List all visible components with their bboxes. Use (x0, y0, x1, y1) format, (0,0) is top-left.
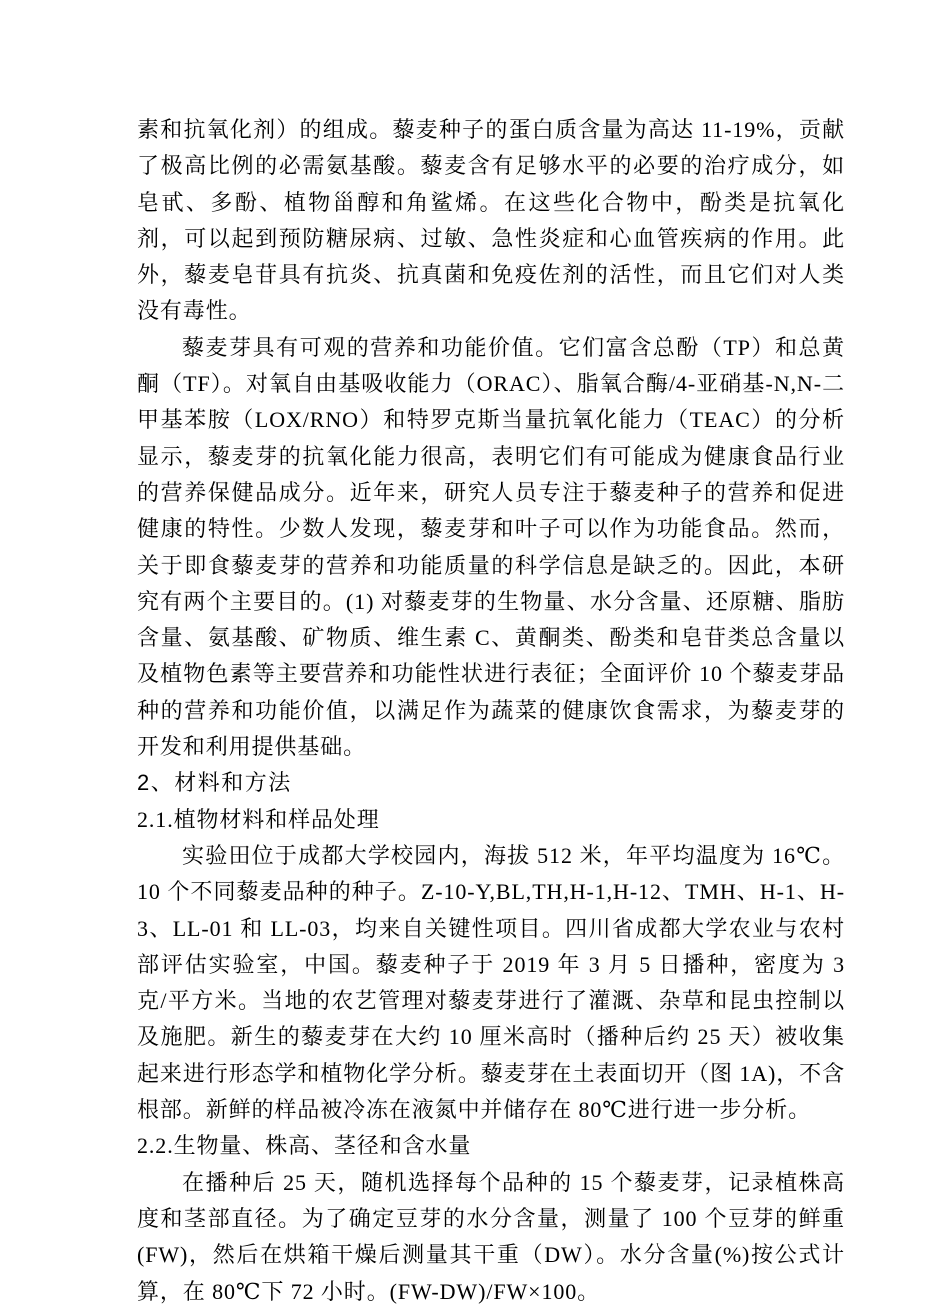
paragraph-biomass-measurement-method: 在播种后 25 天，随机选择每个品种的 15 个藜麦芽，记录植株高度和茎部直径。… (137, 1165, 845, 1309)
document-page: 素和抗氧化剂）的组成。藜麦种子的蛋白质含量为高达 11-19%，贡献了极高比例的… (0, 0, 926, 1309)
subsection-heading-biomass-height-stem-water-content: 2.2.生物量、株高、茎径和含水量 (137, 1128, 845, 1164)
document-content: 素和抗氧化剂）的组成。藜麦种子的蛋白质含量为高达 11-19%，贡献了极高比例的… (137, 112, 845, 1309)
paragraph-seed-composition-continued: 素和抗氧化剂）的组成。藜麦种子的蛋白质含量为高达 11-19%，贡献了极高比例的… (137, 112, 845, 330)
subsection-heading-plant-material-and-sample-handling: 2.1.植物材料和样品处理 (137, 802, 845, 838)
section-heading-materials-and-methods: 2、材料和方法 (137, 765, 845, 801)
paragraph-field-experiment-and-sampling: 实验田位于成都大学校园内，海拔 512 米，年平均温度为 16℃。10 个不同藜… (137, 838, 845, 1128)
paragraph-sprout-nutrition-and-objectives: 藜麦芽具有可观的营养和功能价值。它们富含总酚（TP）和总黄酮（TF）。对氧自由基… (137, 330, 845, 766)
